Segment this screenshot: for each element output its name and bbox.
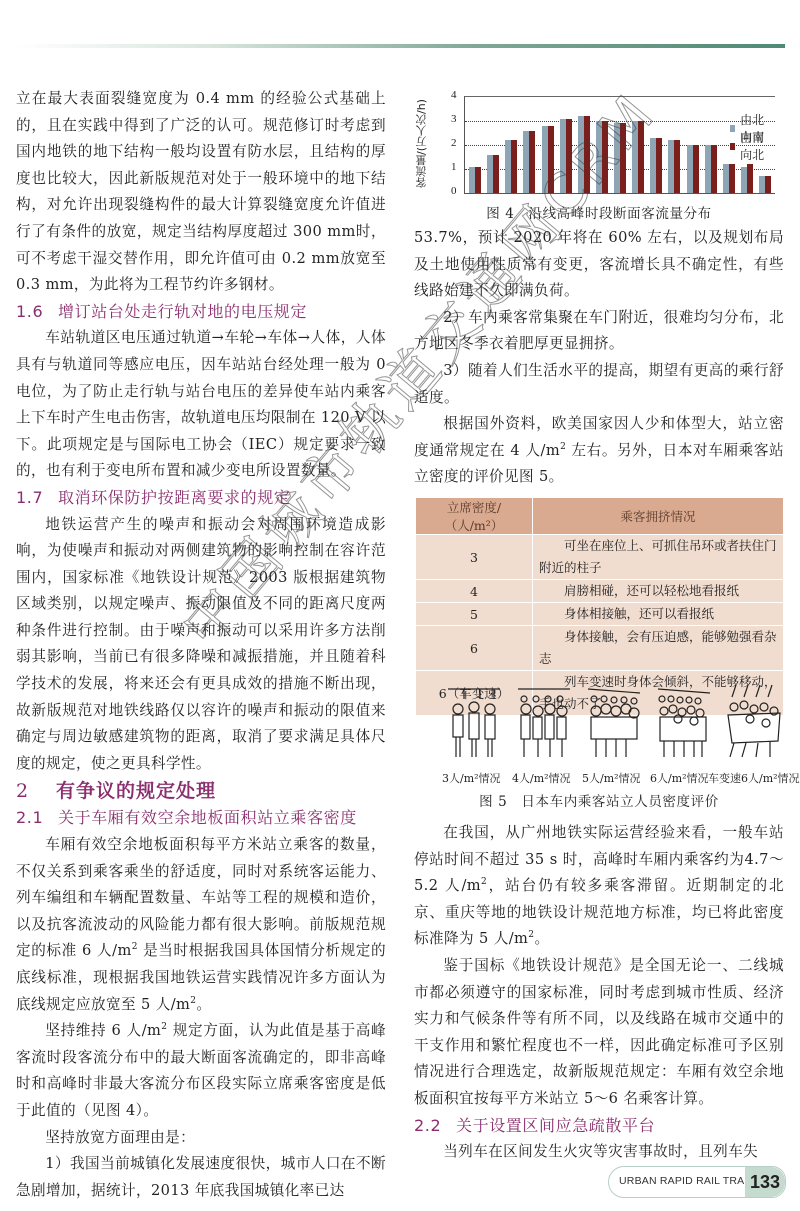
page-footer-badge: URBAN RAPID RAIL TRANSIT 133 xyxy=(608,1166,786,1198)
legend-item: 由南向北 xyxy=(730,137,775,155)
section-heading-1-7: 1.7取消环保防护按距离要求的规定 xyxy=(16,485,386,512)
bar-group xyxy=(487,97,499,193)
paragraph: 2）车内乘客常集聚在车门附近，很难均匀分布，北方地区冬季衣着肥厚更显拥挤。 xyxy=(414,305,784,358)
bar-group xyxy=(705,97,717,193)
table-row: 6 身体接触，会有压迫感，能够勉强看杂志 xyxy=(416,626,784,671)
bar xyxy=(729,164,735,193)
y-tick: 4 xyxy=(451,89,457,101)
bar xyxy=(747,164,753,193)
y-axis-label: 客流量/(万人次/h) xyxy=(414,96,432,192)
paragraph: 根据国外资料，欧美国家因人少和体型大，站立密度通常规定在 4 人/m2 左右。另… xyxy=(414,411,784,491)
crowd-illustration-6-accelerating xyxy=(724,683,784,763)
right-column-upper: 53.7%，预计 2020 年将在 60% 左右，以及规划布局及土地使用性质常有… xyxy=(414,225,784,491)
paragraph: 53.7%，预计 2020 年将在 60% 左右，以及规划布局及土地使用性质常有… xyxy=(414,225,784,305)
bar xyxy=(656,138,662,193)
table-header: 乘客拥挤情况 xyxy=(533,498,784,535)
paragraph: 3）随着人们生活水平的提高，期望有更高的乘行舒适度。 xyxy=(414,358,784,411)
paragraph: 立在最大表面裂缝宽度为 0.4 mm 的经验公式基础上的，且在实践中得到了广泛的… xyxy=(16,86,386,299)
panel-label: 4人/m²情况 xyxy=(512,770,571,786)
bar xyxy=(620,123,626,193)
right-column-lower: 在我国，从广州地铁实际运营经验来看，一般车站停站时间不超过 35 s 时，高峰时… xyxy=(414,820,784,1166)
bar xyxy=(548,126,554,193)
bar-group xyxy=(650,97,662,193)
bar-group xyxy=(560,97,572,193)
bar-group xyxy=(578,97,590,193)
crowd-illustration-3 xyxy=(444,683,504,763)
bar-group xyxy=(632,97,644,193)
figure-4-caption: 图 4 沿线高峰时段断面客流量分布 xyxy=(414,202,784,222)
legend-swatch xyxy=(730,143,735,150)
header-rule xyxy=(15,44,785,48)
paragraph: 地铁运营产生的噪声和振动会对周围环境造成影响，为使噪声和振动对两侧建筑物的影响控… xyxy=(16,512,386,778)
bar-group xyxy=(523,97,535,193)
paragraph: 鉴于国标《地铁设计规范》是全国无论一、二线城市都必须遵守的国家标准，同时考虑到城… xyxy=(414,953,784,1113)
y-tick: 1 xyxy=(451,161,457,173)
bar xyxy=(529,131,535,193)
y-tick: 0 xyxy=(451,185,457,197)
figure-5-illustration: 3人/m²情况 4人/m²情况 5人/m²情况 6人/m²情况 车变速6人/m²… xyxy=(414,678,784,798)
legend-swatch xyxy=(730,125,735,132)
bar xyxy=(765,176,771,193)
panel-label: 3人/m²情况 xyxy=(442,770,501,786)
bar-group xyxy=(469,97,481,193)
paragraph: 在我国，从广州地铁实际运营经验来看，一般车站停站时间不超过 35 s 时，高峰时… xyxy=(414,820,784,953)
y-tick: 3 xyxy=(451,113,457,125)
table-header: 立席密度/（人/m²） xyxy=(416,498,533,535)
panel-label: 6人/m²情况 xyxy=(650,770,709,786)
paragraph: 坚持维持 6 人/m2 规定方面，认为此值是基于高峰客流时段客流分布中的最大断面… xyxy=(16,1018,386,1124)
bar xyxy=(638,121,644,193)
figure-5-caption: 图 5 日本车内乘客站立人员密度评价 xyxy=(414,790,784,810)
crowd-illustration-6 xyxy=(654,683,714,763)
panel-label: 车变速6人/m²情况 xyxy=(708,770,800,786)
table-row: 5 身体相接触，还可以看报纸 xyxy=(416,603,784,626)
bar-group xyxy=(542,97,554,193)
paragraph: 当列车在区间发生火灾等灾害事故时，且列车失 xyxy=(414,1139,784,1166)
y-tick: 2 xyxy=(451,137,457,149)
left-column: 立在最大表面裂缝宽度为 0.4 mm 的经验公式基础上的，且在实践中得到了广泛的… xyxy=(16,86,386,1204)
crowd-illustration-4 xyxy=(514,683,574,763)
section-heading-1-6: 1.6增订站台处走行轨对地的电压规定 xyxy=(16,299,386,326)
page-number: 133 xyxy=(745,1167,785,1197)
bar xyxy=(674,140,680,193)
bar xyxy=(693,145,699,193)
paragraph: 1）我国当前城镇化发展速度很快，城市人口在不断急剧增加，据统计，2013 年底我… xyxy=(16,1151,386,1204)
section-heading-2-1: 2.1关于车厢有效空余地板面积站立乘客密度 xyxy=(16,805,386,832)
bar-series xyxy=(469,97,771,193)
bar xyxy=(511,140,517,193)
paragraph: 坚持放宽方面理由是： xyxy=(16,1125,386,1152)
bar-group xyxy=(596,97,608,193)
paragraph: 车厢有效空余地板面积每平方米站立乘客的数量，不仅关系到乘客乘坐的舒适度，同时对系… xyxy=(16,832,386,1018)
bar-group xyxy=(687,97,699,193)
figure-4-bar-chart: 客流量/(万人次/h) 4 3 2 1 0 由北向南 由南向北 图 4 沿线高峰… xyxy=(414,86,784,226)
bar xyxy=(566,119,572,193)
plot-area: 4 3 2 1 0 由北向南 由南向北 xyxy=(464,96,775,194)
bar-group xyxy=(614,97,626,193)
paragraph: 车站轨道区电压通过轨道→车轮→车体→人体，人体具有与轨道同等感应电压，因车站站台… xyxy=(16,325,386,485)
bar xyxy=(493,155,499,193)
panel-label: 5人/m²情况 xyxy=(582,770,641,786)
bar xyxy=(584,116,590,193)
section-heading-2: 2有争议的规定处理 xyxy=(16,777,386,805)
table-row: 3 可坐在座位上、可抓住吊环或者扶住门附近的柱子 xyxy=(416,535,784,580)
bar-group xyxy=(668,97,680,193)
bar xyxy=(475,167,481,193)
section-heading-2-2: 2.2关于设置区间应急疏散平台 xyxy=(414,1113,784,1140)
bar xyxy=(711,145,717,193)
bar-group xyxy=(505,97,517,193)
table-row: 4 肩膀相碰，还可以轻松地看报纸 xyxy=(416,580,784,603)
bar xyxy=(602,121,608,193)
legend: 由北向南 由南向北 xyxy=(730,119,775,155)
crowd-illustration-5 xyxy=(584,683,644,763)
